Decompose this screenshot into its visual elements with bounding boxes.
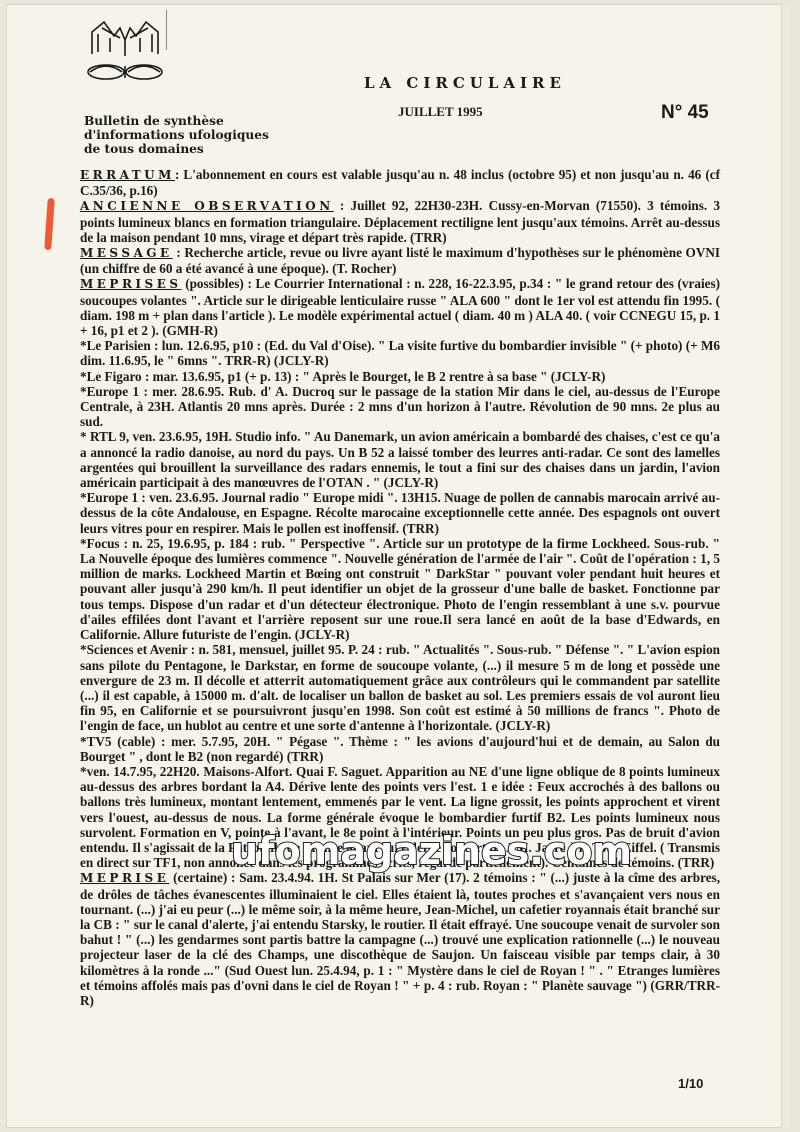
entry-meprise: MEPRISE (certaine) : Sam. 23.4.94. 1H. S… (80, 870, 720, 1008)
issue-date: JUILLET 1995 (398, 104, 483, 120)
section-heading: MEPRISE (80, 871, 169, 885)
entry-erratum: ERRATUM: L'abonnement en cours est valab… (80, 167, 720, 198)
page-edge (781, 4, 790, 1128)
section-heading: ANCIENNE OBSERVATION (80, 199, 334, 213)
entry-item: *Europe 1 : mer. 28.6.95. Rub. d' A. Duc… (80, 384, 720, 430)
entry-text: : L'abonnement en cours est valable jusq… (80, 167, 720, 198)
entry-item: *TV5 (cable) : mer. 5.7.95, 20H. " Pégas… (80, 734, 720, 764)
entry-item: *Focus : n. 25, 19.6.95, p. 184 : rub. "… (80, 536, 720, 642)
entry-message: MESSAGE : Recherche article, revue ou li… (80, 245, 720, 276)
entry-ancienne-observation: ANCIENNE OBSERVATION : Juillet 92, 22H30… (80, 198, 720, 245)
watermark: ufomagazines.com (231, 829, 632, 873)
logo-divider (166, 10, 167, 50)
section-heading: MEPRISES (80, 277, 182, 291)
entry-item: * RTL 9, ven. 23.6.95, 19H. Studio info.… (80, 429, 720, 490)
masthead-title: LA CIRCULAIRE (364, 74, 566, 92)
entry-meprises: MEPRISES (possibles) : Le Courrier Inter… (80, 276, 720, 338)
page-number: 1/10 (678, 1076, 703, 1091)
section-heading: ERRATUM (80, 168, 175, 182)
issue-number: N° 45 (661, 102, 709, 124)
entry-item: *Le Parisien : lun. 12.6.95, p10 : (Ed. … (80, 338, 720, 368)
bulletin-subtitle: Bulletin de synthèse d'informations ufol… (84, 114, 269, 156)
section-heading: MESSAGE (80, 246, 173, 260)
highlighter-mark (44, 198, 55, 250)
subtitle-line: de tous domaines (84, 142, 269, 156)
entry-text: : Recherche article, revue ou livre ayan… (80, 245, 720, 276)
open-book-with-saucers-logo-icon (84, 14, 166, 84)
subtitle-line: d'informations ufologiques (84, 128, 269, 142)
entry-item: *Europe 1 : ven. 23.6.95. Journal radio … (80, 490, 720, 536)
document-page: LA CIRCULAIRE JUILLET 1995 N° 45 Bulleti… (6, 4, 790, 1128)
entry-item: *Le Figaro : mar. 13.6.95, p1 (+ p. 13) … (80, 369, 720, 384)
entry-item: *Sciences et Avenir : n. 581, mensuel, j… (80, 642, 720, 733)
entry-text: (certaine) : Sam. 23.4.94. 1H. St Palais… (80, 870, 720, 1008)
article-body: ERRATUM: L'abonnement en cours est valab… (80, 167, 720, 1008)
subtitle-line: Bulletin de synthèse (84, 114, 269, 128)
